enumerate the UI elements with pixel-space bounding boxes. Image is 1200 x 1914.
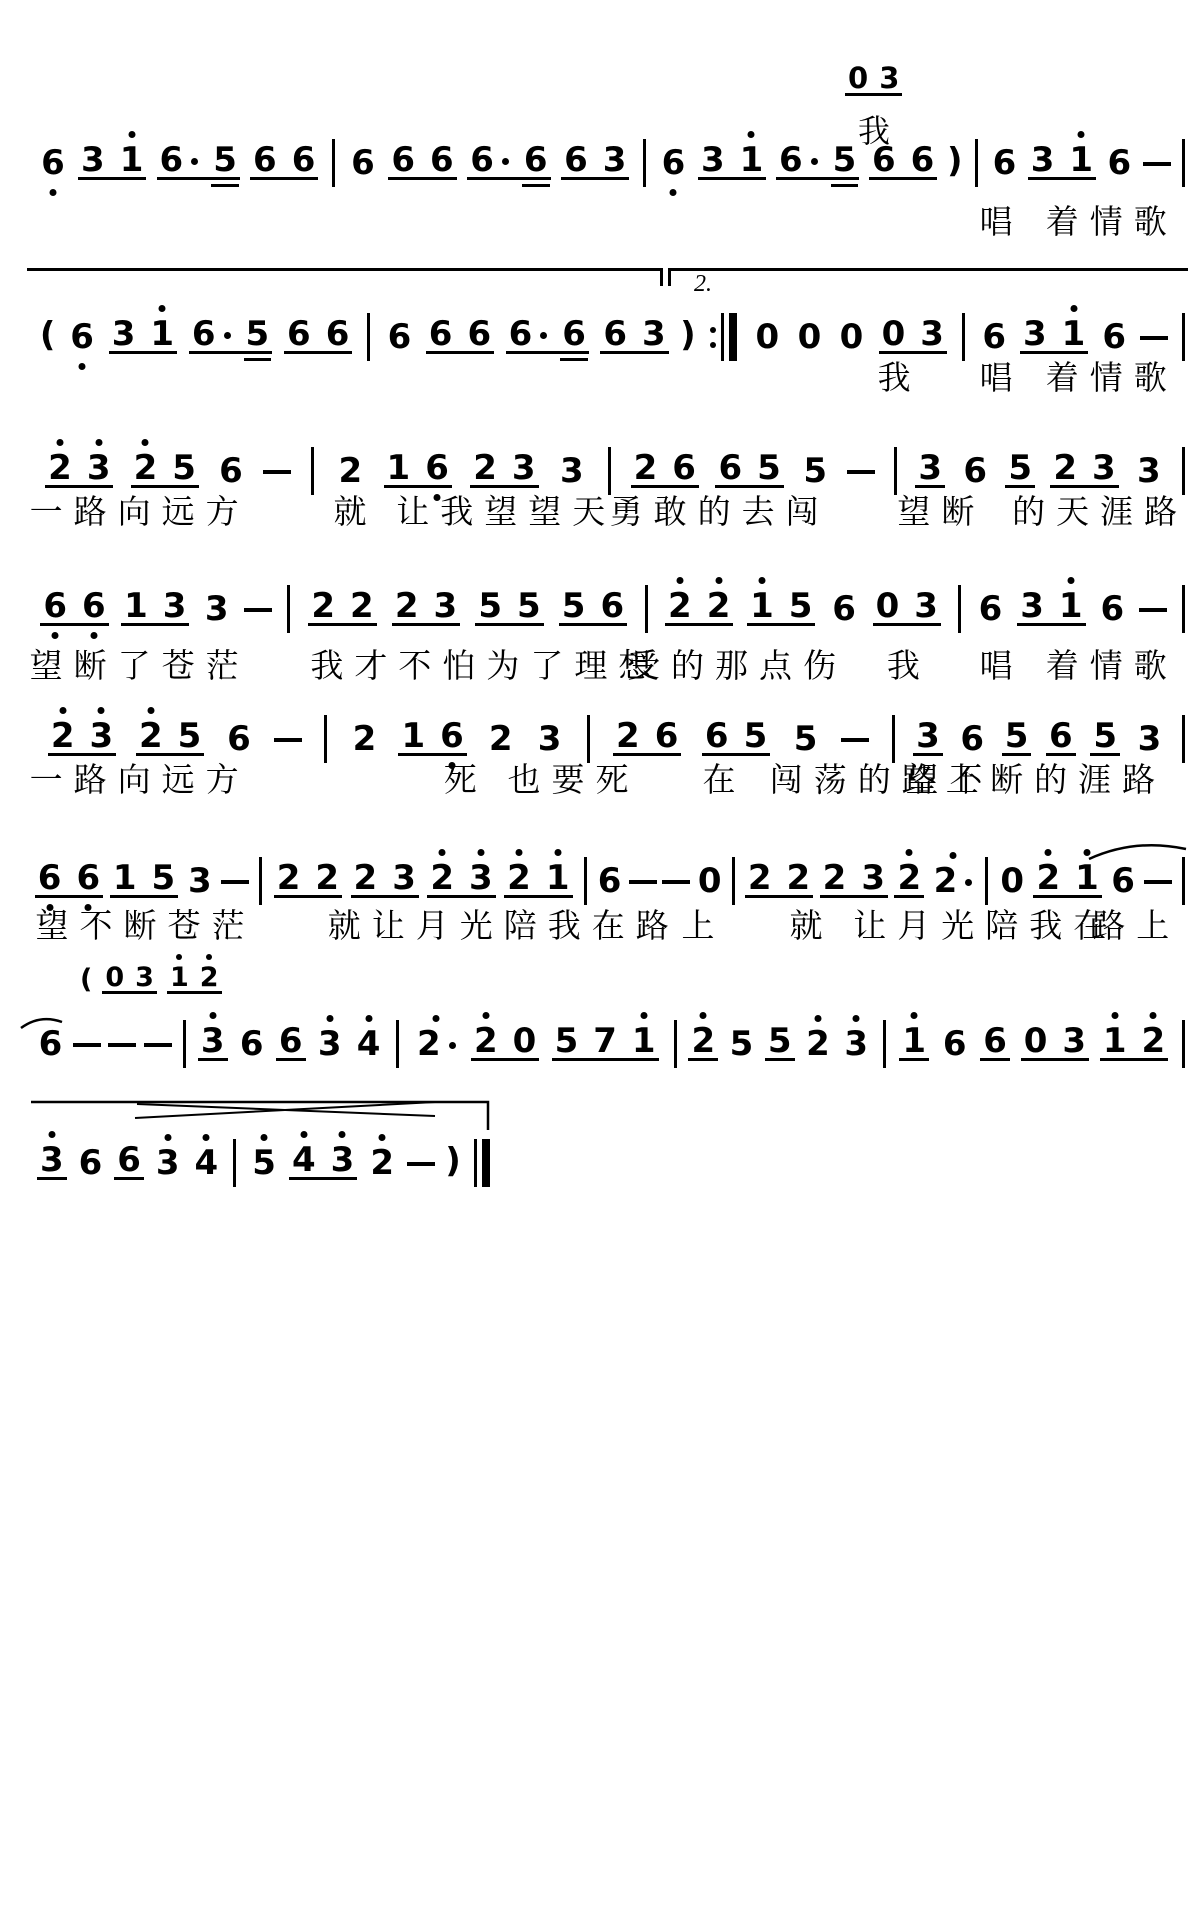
measure: 5432)	[236, 1143, 474, 1180]
note: 2	[506, 861, 532, 895]
note: 2	[615, 719, 641, 753]
note: 1	[386, 451, 412, 485]
note: 5	[171, 451, 197, 485]
note: 6	[424, 451, 450, 485]
note-group: 65	[776, 143, 859, 180]
note: 6	[992, 146, 1018, 180]
octave-dot-high	[554, 849, 561, 856]
octave-dot-high	[209, 1012, 216, 1019]
note: 1	[1068, 143, 1094, 177]
note-group: 6	[1097, 592, 1127, 626]
measure: 216233	[314, 451, 608, 488]
lyric-text: 让月光陪我在	[853, 900, 1117, 947]
octave-dot-high	[515, 849, 522, 856]
measure: 6316	[965, 317, 1182, 354]
note: 6	[599, 589, 625, 623]
octave-dot-high	[56, 439, 63, 446]
note-group: 26	[613, 719, 681, 756]
note: 2	[667, 589, 693, 623]
measure: 00003	[737, 317, 962, 354]
note-group: 03	[102, 964, 157, 994]
note: 1	[901, 1024, 927, 1058]
note-group: 25	[136, 719, 204, 756]
note-group: 3	[913, 719, 943, 756]
note: 6	[978, 592, 1004, 626]
note-group: 571	[552, 1024, 659, 1061]
note-group: 15	[110, 861, 178, 898]
note: 2	[785, 861, 811, 895]
note-group: 6	[276, 1024, 306, 1061]
parenthesis: )	[445, 1144, 461, 1180]
note-group: 12	[1100, 1024, 1168, 1061]
measure: 6316566)	[646, 143, 975, 180]
octave-dot-high	[906, 849, 913, 856]
note: 1	[123, 589, 149, 623]
pickup-phrase: (0312	[80, 964, 222, 994]
octave-dot-high	[48, 1131, 55, 1138]
note: 6	[387, 320, 413, 354]
note: 6	[981, 320, 1007, 354]
note: 0	[697, 864, 723, 898]
octave-dot-high	[676, 577, 683, 584]
lyric-text: 着情歌	[1046, 196, 1178, 243]
note-group: 0	[695, 864, 725, 898]
note: 6	[871, 143, 897, 177]
note: 6	[325, 317, 351, 351]
measure: 22232321	[262, 861, 584, 898]
note: 5	[832, 143, 858, 177]
note: 3	[86, 451, 112, 485]
note: 6	[671, 451, 697, 485]
gliss-line-2	[137, 1104, 435, 1116]
system-2-lyrics: 我唱着情歌	[25, 352, 1185, 398]
note-group: 65	[715, 451, 783, 488]
note-group: 15	[747, 589, 815, 626]
note-group: 0	[837, 320, 867, 354]
note-group: 6	[38, 146, 68, 180]
note: 5	[245, 317, 271, 351]
note: 3	[1022, 317, 1048, 351]
lyric-text: 我	[878, 352, 922, 399]
final-barline	[474, 1139, 490, 1187]
note: 6	[563, 143, 589, 177]
note-group: 3	[37, 1143, 67, 1180]
measure: 1660312	[886, 1024, 1182, 1061]
note-group: 3	[841, 1027, 871, 1061]
note: 3	[537, 722, 563, 756]
note-group: 6	[957, 722, 987, 756]
note: 5	[516, 589, 542, 623]
note-group: 63	[600, 317, 668, 354]
note: 3	[602, 143, 628, 177]
octave-dot-high	[128, 131, 135, 138]
measure: 36634	[25, 1143, 233, 1180]
octave-dot-high	[176, 954, 182, 960]
note-group: 1	[899, 1024, 929, 1061]
note: 3	[80, 143, 106, 177]
lyric-text: 我才不怕为了理想	[310, 640, 662, 687]
note-group: 2	[688, 1024, 718, 1061]
duration-dash	[662, 880, 690, 885]
note-group: 2	[414, 1027, 459, 1061]
note: 6	[40, 146, 66, 180]
note: 7	[592, 1024, 618, 1058]
note: 2	[1035, 861, 1061, 895]
note: 0	[881, 317, 907, 351]
pickup-notes: 03	[845, 64, 902, 96]
note: 3	[200, 1024, 226, 1058]
note-group: 63	[561, 143, 629, 180]
barline	[474, 1139, 477, 1187]
system-7: 636634220571255231660312	[25, 1003, 1185, 1061]
note-group: 6	[385, 320, 415, 354]
octave-dot-high	[147, 707, 154, 714]
note-group: 5	[791, 722, 821, 756]
note-group: 2	[894, 861, 924, 898]
note: 3	[917, 451, 943, 485]
note: 2	[369, 1146, 395, 1180]
note: 4	[193, 1146, 219, 1180]
note: 6	[38, 1027, 64, 1061]
note: 3	[511, 451, 537, 485]
note: 0	[839, 320, 865, 354]
note-group: 23	[820, 861, 888, 898]
note: 2	[314, 861, 340, 895]
lyric-text: 让我望望天	[396, 486, 616, 533]
note: 6	[910, 143, 936, 177]
note: 6	[116, 1143, 142, 1177]
note-group: 13	[121, 589, 189, 626]
note: 3	[878, 64, 900, 93]
lyric-text: 上	[682, 900, 726, 947]
parenthesis: )	[680, 318, 696, 354]
note: 2	[1141, 1024, 1167, 1058]
note: 6	[466, 317, 492, 351]
octave-dot-high	[365, 1015, 372, 1022]
note: 2	[133, 451, 159, 485]
note: 5	[177, 719, 203, 753]
note-group: 6	[1108, 864, 1138, 898]
note: 6	[469, 143, 510, 177]
note: 6	[159, 143, 200, 177]
lyric-text: 望不	[905, 754, 993, 801]
augmentation-dot	[191, 158, 198, 165]
note-group: 6	[979, 320, 1009, 354]
note-group: 31	[1028, 143, 1096, 180]
lyric-text: 就让月光陪我在路	[328, 900, 680, 947]
system-8: 366345432)	[25, 1122, 490, 1180]
note: 6	[602, 317, 628, 351]
note: 6	[661, 146, 687, 180]
note-group: 6	[1104, 146, 1134, 180]
note: 6	[561, 317, 587, 351]
note: 2	[337, 454, 363, 488]
note-group: 3	[202, 592, 232, 626]
octave-dot-low	[670, 189, 677, 196]
augmentation-dot	[540, 332, 547, 339]
note: 2	[473, 1024, 499, 1058]
note: 6	[717, 451, 743, 485]
octave-dot-high	[433, 1015, 440, 1022]
note-group: 6	[960, 454, 990, 488]
octave-dot-high	[814, 1015, 821, 1022]
note: 2	[747, 861, 773, 895]
note-group: 6	[76, 1146, 106, 1180]
lyric-text: 断的涯路	[990, 754, 1166, 801]
system-1-lyrics: 唱着情歌	[25, 196, 1185, 242]
note: 3	[860, 861, 886, 895]
note: 2	[690, 1024, 716, 1058]
note: 5	[1092, 719, 1118, 753]
duration-dash	[407, 1162, 435, 1167]
octave-dot-low	[52, 632, 59, 639]
note: 3	[641, 317, 667, 351]
lyric-text: 受的那点伤	[627, 640, 847, 687]
system-3-lyrics: 一路向远方就让我望望天勇敢的去闯望断的天涯路	[25, 486, 1185, 532]
duration-dash	[274, 738, 302, 743]
note-group: 66	[467, 143, 550, 180]
measure: 365653	[895, 719, 1182, 756]
note-group: 66	[35, 861, 103, 898]
octave-dot-high	[715, 577, 722, 584]
note: 2	[394, 589, 420, 623]
note: 2	[633, 451, 659, 485]
measure: 0216	[988, 861, 1182, 898]
note: 3	[330, 1143, 356, 1177]
measure: 66153	[25, 861, 259, 898]
parenthesis: (	[40, 318, 56, 354]
octave-dot-high	[206, 954, 212, 960]
note-group: 31	[109, 317, 177, 354]
note: 3	[111, 317, 137, 351]
volta-bracket-first-ending	[27, 268, 663, 286]
parenthesis: )	[947, 144, 963, 180]
repeat-dot	[710, 327, 716, 333]
octave-dot-high	[1150, 1012, 1157, 1019]
note: 6	[1110, 864, 1136, 898]
note: 6	[239, 1027, 265, 1061]
note: 2	[805, 1027, 831, 1061]
octave-dot-high	[326, 1015, 333, 1022]
system-1: 631656666666636316566)6316	[25, 122, 1185, 180]
note: 2	[472, 451, 498, 485]
note-group: 23	[1050, 451, 1118, 488]
lyric-text: 望不断苍茫	[35, 900, 255, 947]
note: 5	[561, 589, 587, 623]
duration-dash	[1139, 608, 1167, 613]
note-group: 66	[284, 317, 352, 354]
note-group: 0	[753, 320, 783, 354]
note-group: 22	[745, 861, 813, 898]
note: 5	[212, 143, 238, 177]
note: 2	[199, 964, 220, 991]
note-group: 3	[153, 1146, 183, 1180]
note: 3	[913, 589, 939, 623]
thick-barline	[482, 1139, 490, 1187]
note: 2	[429, 861, 455, 895]
octave-dot-high	[949, 852, 956, 859]
note: 1	[149, 317, 175, 351]
note: 1	[1058, 589, 1084, 623]
note-group: 6	[980, 1024, 1010, 1061]
note-group: 65	[157, 143, 240, 180]
measure: 6316	[978, 143, 1182, 180]
duration-dash	[1143, 162, 1171, 167]
lyric-text: 就	[789, 900, 833, 947]
note-group: 6	[216, 454, 246, 488]
volta-label: 2.	[694, 272, 712, 296]
note: 2	[50, 719, 76, 753]
note-group: 21	[1033, 861, 1101, 898]
note-group: 26	[631, 451, 699, 488]
note: 3	[1019, 589, 1045, 623]
note: 3	[559, 454, 585, 488]
note: 6	[428, 317, 454, 351]
note: 6	[81, 589, 107, 623]
system-6: 6615322232321602223220216	[25, 840, 1185, 898]
note: 0	[755, 320, 781, 354]
system-2: (63165666666663)000036316	[25, 296, 1185, 354]
note: 2	[933, 864, 974, 898]
octave-dot-high	[1070, 305, 1077, 312]
note: 1	[112, 861, 138, 895]
octave-dot-high	[379, 1134, 386, 1141]
note: 6	[704, 719, 730, 753]
note: 6	[75, 861, 101, 895]
note: 6	[508, 317, 549, 351]
note-group: 2	[486, 722, 516, 756]
note: 5	[1007, 451, 1033, 485]
octave-dot-high	[59, 707, 66, 714]
note: 4	[356, 1027, 382, 1061]
octave-dot-high	[853, 1015, 860, 1022]
repeat-dots	[710, 327, 716, 348]
augmentation-dot	[502, 158, 509, 165]
measure: 66133	[25, 589, 287, 626]
note-group: 5	[1002, 719, 1032, 756]
lyric-text: 的天涯路	[1012, 486, 1188, 533]
note-group: 0	[795, 320, 825, 354]
note-group: 3	[535, 722, 565, 756]
note: 6	[252, 143, 278, 177]
note: 3	[134, 964, 155, 991]
note-group: 22	[665, 589, 733, 626]
measure: 26655	[590, 719, 893, 756]
augmentation-dot	[224, 332, 231, 339]
octave-dot-high	[1045, 849, 1052, 856]
note-group: 6	[36, 1027, 66, 1061]
octave-dot-high	[159, 305, 166, 312]
lyric-text: 路上	[1092, 900, 1180, 947]
measure: 6316	[961, 589, 1182, 626]
lyric-text: 一路向远方	[30, 486, 250, 533]
note: 6	[942, 1027, 968, 1061]
note: 0	[512, 1024, 538, 1058]
system-5-lyrics: 一路向远方死也要死在闯荡的路上望不断的涯路	[25, 754, 1185, 800]
note: 5	[251, 1146, 277, 1180]
note-group: 5	[727, 1027, 757, 1061]
note: 6	[69, 320, 95, 354]
note: 3	[187, 864, 213, 898]
note-group: 23	[351, 861, 419, 898]
augmentation-dot	[449, 1042, 456, 1049]
barline	[1182, 857, 1185, 905]
note: 2	[138, 719, 164, 753]
octave-dot-low	[90, 632, 97, 639]
note: 3	[919, 317, 945, 351]
note: 0	[875, 589, 901, 623]
note-group: 5	[249, 1146, 279, 1180]
note-group: 23	[48, 719, 116, 756]
note: 5	[1004, 719, 1030, 753]
octave-dot-high	[1111, 1012, 1118, 1019]
measure: 6	[25, 1027, 183, 1061]
note-group: 6	[829, 592, 859, 626]
measure: 23256	[25, 451, 311, 488]
note-group: 6	[1046, 719, 1076, 756]
system-3: 2325621623326655365233	[25, 430, 1185, 488]
note: 3	[39, 1143, 65, 1177]
note-group: 6	[67, 320, 97, 354]
measure: (6316566	[25, 317, 367, 354]
note-group: 3	[1134, 454, 1164, 488]
note: 6	[523, 143, 549, 177]
note: 3	[468, 861, 494, 895]
duration-dash	[108, 1043, 136, 1048]
octave-dot-high	[1067, 577, 1074, 584]
note: 3	[843, 1027, 869, 1061]
note: 3	[1136, 454, 1162, 488]
note-group: 65	[702, 719, 770, 756]
note-group: 12	[167, 964, 222, 994]
lyric-text: 我	[887, 640, 931, 687]
note: 3	[1061, 1024, 1087, 1058]
note-group: 03	[845, 64, 902, 96]
note-group: 6	[1099, 320, 1129, 354]
note: 3	[1137, 722, 1163, 756]
note-group: 3	[185, 864, 215, 898]
octave-dot-high	[700, 1012, 707, 1019]
note: 3	[915, 719, 941, 753]
note: 3	[88, 719, 114, 753]
note-group: 25	[131, 451, 199, 488]
note-group: 23	[392, 589, 460, 626]
lyric-text: 一路向远方	[30, 754, 250, 801]
note: 6	[286, 317, 312, 351]
measure: 60	[587, 864, 732, 898]
note: 6	[597, 864, 623, 898]
note: 5	[793, 722, 819, 756]
octave-dot-high	[640, 1012, 647, 1019]
lyric-text: 着情歌	[1046, 352, 1178, 399]
note: 5	[743, 719, 769, 753]
lyric-text: 就	[334, 486, 378, 533]
note: 6	[959, 722, 985, 756]
note-group: 56	[559, 589, 627, 626]
measure: 365233	[897, 451, 1182, 488]
lyric-text: 唱	[980, 640, 1024, 687]
note-group: 2	[350, 722, 380, 756]
note-group: 3	[915, 451, 945, 488]
note-group: 6	[940, 1027, 970, 1061]
octave-dot-high	[261, 1134, 268, 1141]
duration-dash	[1140, 336, 1168, 341]
system-4: 661332223555622156036316	[25, 568, 1185, 626]
note: 3	[317, 1027, 343, 1061]
lyric-text: 望断了苍茫	[30, 640, 250, 687]
note-group: 22	[274, 861, 342, 898]
note-group: 31	[1017, 589, 1085, 626]
